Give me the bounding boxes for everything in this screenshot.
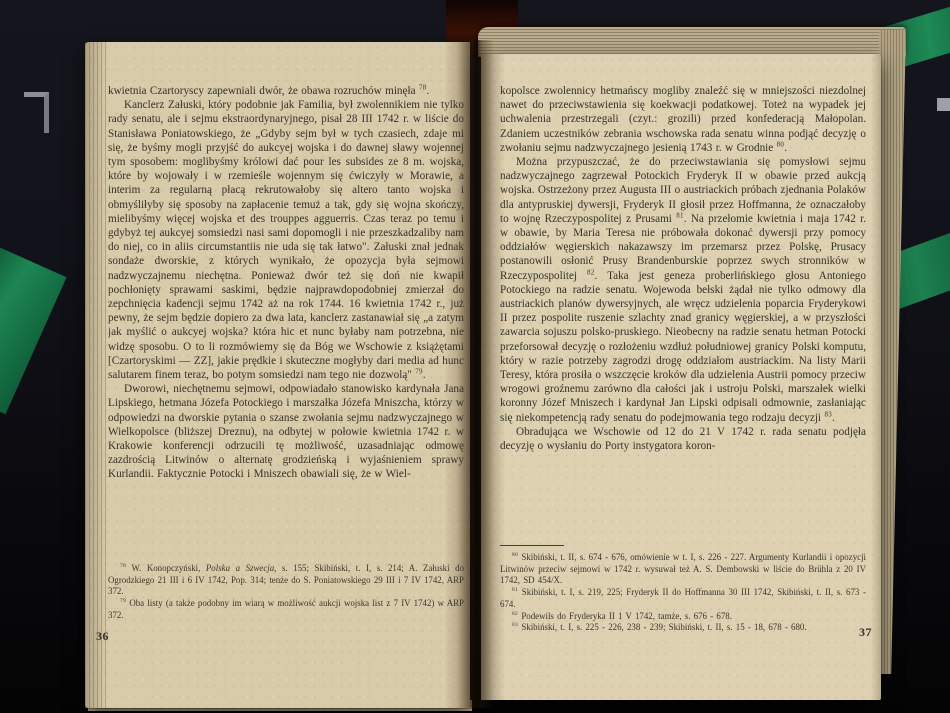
paragraph: Można przypuszczać, że do przeciwstawian… bbox=[500, 155, 866, 425]
right-page-number: 37 bbox=[834, 625, 872, 640]
gray-chip-artifact bbox=[937, 98, 950, 111]
paragraph: Obradująca we Wschowie od 12 do 21 V 174… bbox=[500, 425, 866, 453]
open-book-photo: kwietnia Czartoryscy zapewniali dwór, że… bbox=[0, 0, 950, 713]
paragraph: kopolsce zwolennicy hetmańscy mogliby zn… bbox=[500, 84, 866, 155]
paragraph: 82 Podewils do Fryderyka II 1 V 1742, ta… bbox=[500, 611, 866, 623]
left-page-footnotes: 78 W. Konopczyński, Polska a Szwecja, s.… bbox=[108, 563, 464, 622]
paragraph: kwietnia Czartoryscy zapewniali dwór, że… bbox=[108, 84, 464, 98]
paragraph: Kanclerz Załuski, który podobnie jak Fam… bbox=[108, 98, 464, 382]
paragraph: 83 Skibiński, t. I, s. 225 - 226, 238 - … bbox=[500, 622, 866, 634]
footnote-separator-rule bbox=[500, 545, 564, 546]
gray-frame-artifact bbox=[24, 92, 49, 133]
paragraph: 78 W. Konopczyński, Polska a Szwecja, s.… bbox=[108, 563, 464, 598]
left-page-number: 36 bbox=[96, 629, 109, 644]
right-page-footnotes: 80 Skibiński, t. II, s. 674 - 676, omówi… bbox=[500, 552, 866, 634]
paragraph: 81 Skibiński, t. I, s. 219, 225; Frydery… bbox=[500, 587, 866, 610]
left-page-body-text: kwietnia Czartoryscy zapewniali dwór, że… bbox=[108, 84, 464, 558]
right-page-body-text: kopolsce zwolennicy hetmańscy mogliby zn… bbox=[500, 84, 866, 540]
paragraph: 79 Oba listy (a także podobny im wiarą w… bbox=[108, 598, 464, 621]
page-stack-top-edge bbox=[478, 27, 906, 57]
page-stack-right-edge bbox=[879, 30, 906, 674]
paragraph: Dworowi, niechętnemu sejmowi, odpowiadał… bbox=[108, 382, 464, 481]
green-ribbon-left bbox=[0, 240, 67, 414]
paragraph: 80 Skibiński, t. II, s. 674 - 676, omówi… bbox=[500, 552, 866, 587]
